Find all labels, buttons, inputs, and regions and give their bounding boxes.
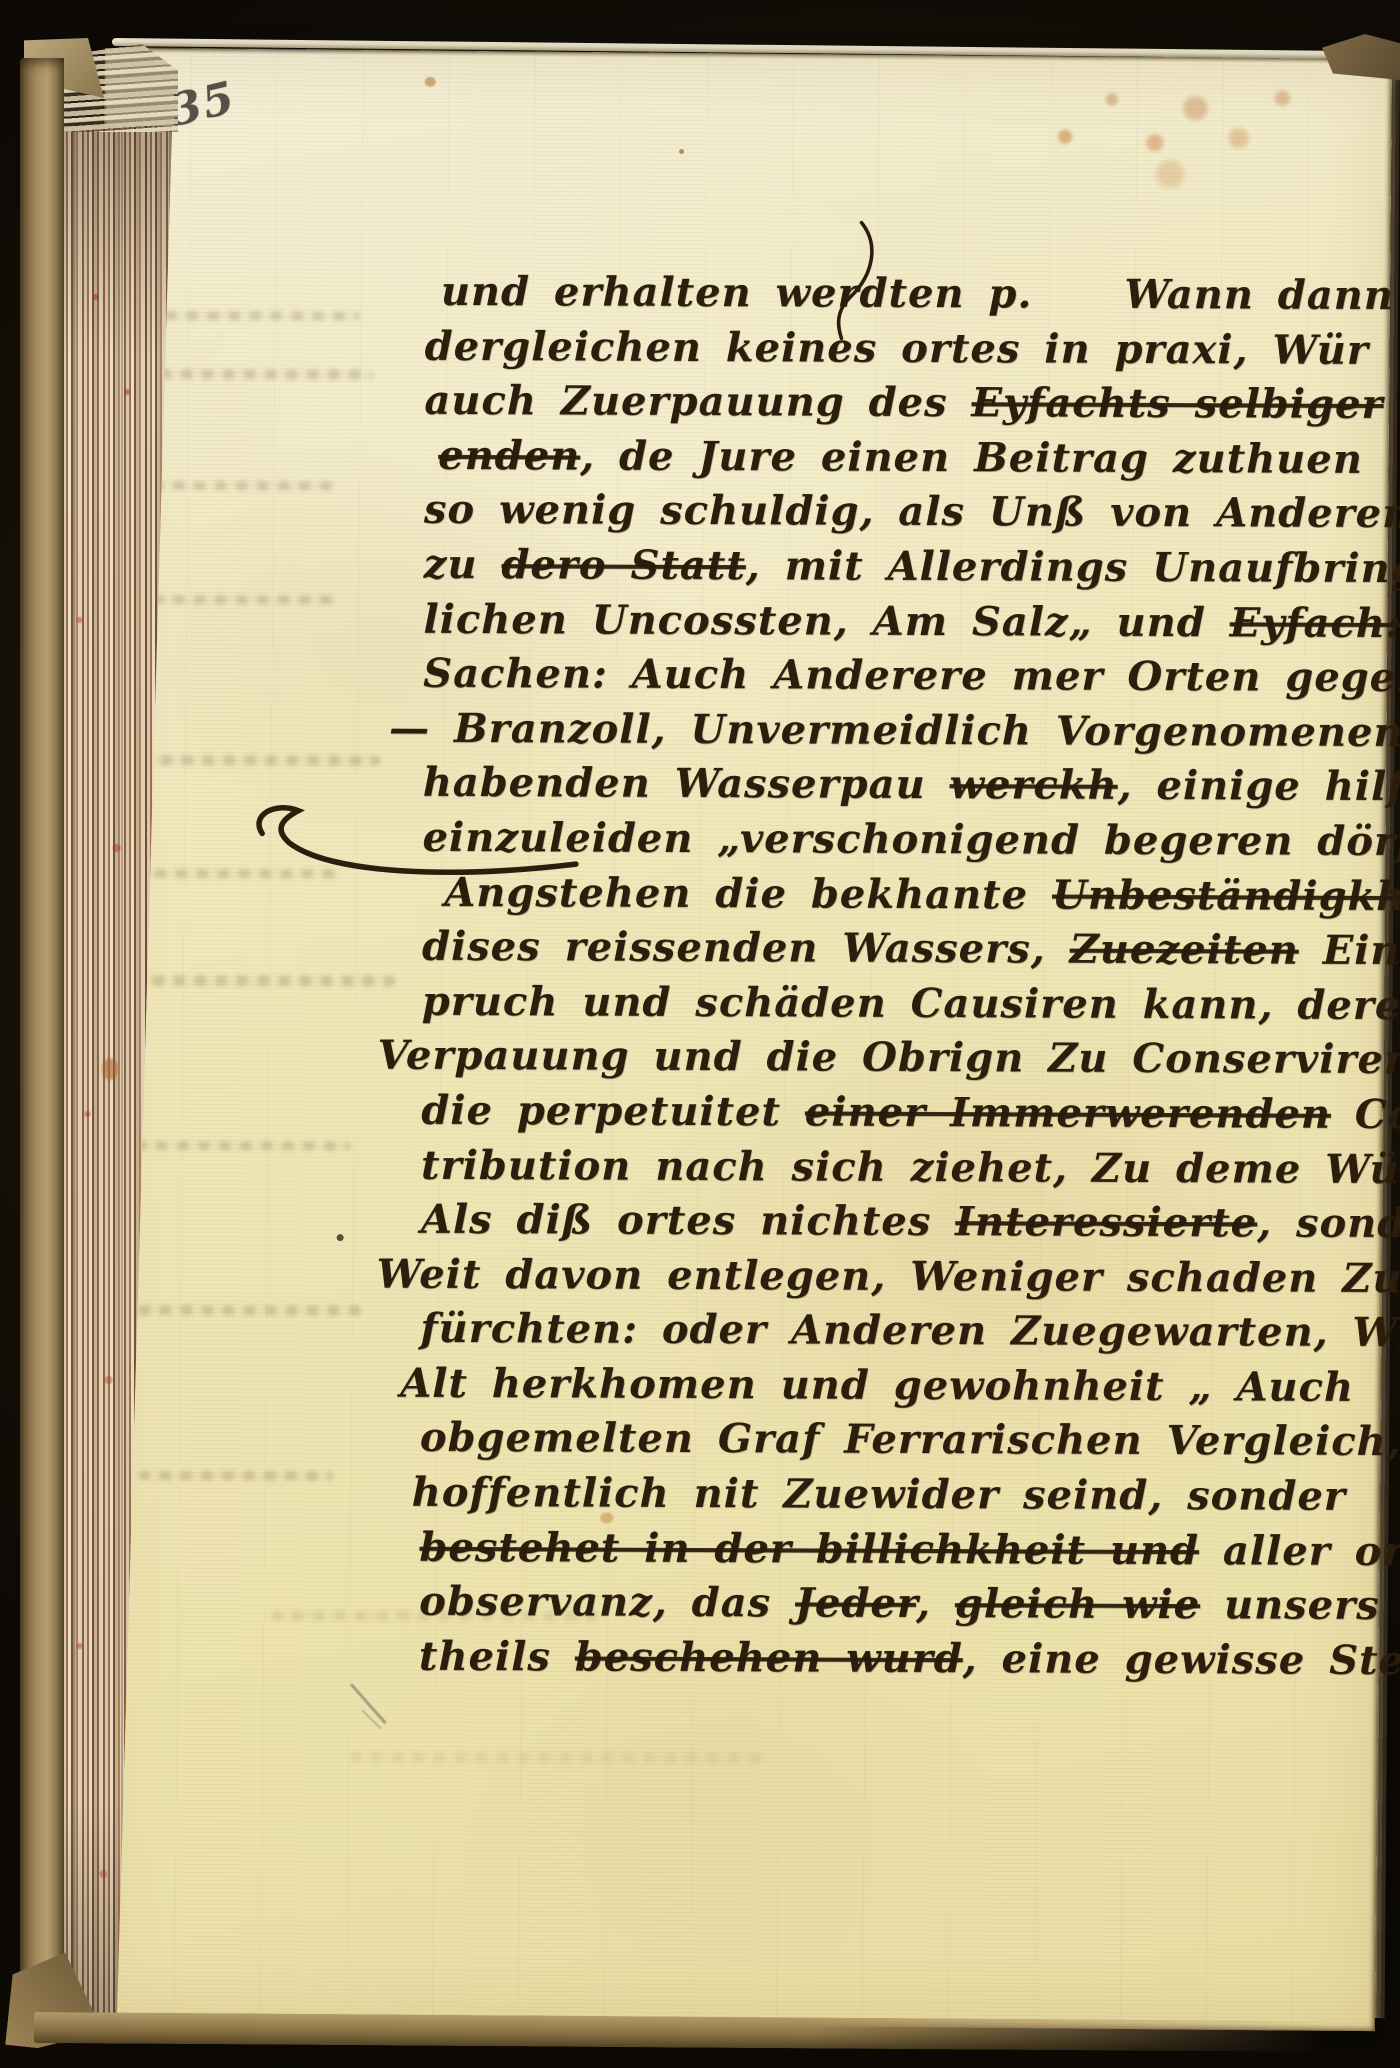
- manuscript-line: tribution nach sich ziehet, Zu deme Wür: [421, 1138, 1321, 1197]
- text-segment: theils: [419, 1633, 575, 1681]
- manuscript-line: so wenig schuldig, als Unß von Anderen: [424, 483, 1324, 542]
- text-segment: Ein„: [1299, 927, 1400, 975]
- rust-stain-dot: [425, 77, 436, 87]
- manuscript-line: — Branzoll, Unvermeidlich Vorgenomenen: [389, 701, 1323, 760]
- text-segment: enden: [438, 432, 580, 480]
- verso-showthrough: [145, 311, 360, 320]
- text-segment: auch Zuerpauung des: [424, 377, 971, 426]
- manuscript-line: zu dero Statt, mit Allerdings Unaufbring…: [424, 538, 1324, 597]
- manuscript-line: theils beschehen wurd, eine gewisse Steü…: [419, 1630, 1319, 1689]
- manuscript-line: habenden Wasserpau werckh, einige hilff: [423, 756, 1323, 815]
- manuscript-line: enden, de Jure einen Beitrag zuthuen: [438, 429, 1324, 487]
- manuscript-line: fürchten: oder Anderen Zuegewarten, Wide…: [420, 1302, 1320, 1361]
- manuscript-line: Verpauung und die Obrign Zu Conserviren,: [377, 1029, 1321, 1088]
- text-segment: Con„: [1331, 1091, 1400, 1139]
- text-segment: einzuleiden „verschonigend begeren dörff…: [422, 814, 1400, 866]
- manuscript-line: dergleichen keines ortes in praxi, Wür: [425, 319, 1325, 378]
- text-segment: lichen Uncossten, Am Salz„ und: [423, 595, 1229, 646]
- text-segment: bestehet in der billichkheit und: [419, 1523, 1199, 1573]
- vellum-cover-spine-edge: [20, 58, 64, 2020]
- verso-showthrough: [111, 975, 396, 986]
- text-segment: Sachen: Auch Anderere mer Orten gegen: [423, 650, 1400, 701]
- text-segment: , einige hilff: [1118, 762, 1400, 810]
- manuscript-line: observanz, das Jeder, gleich wie unsers: [419, 1575, 1319, 1634]
- text-segment: , de Jure einen Beitrag zuthuen: [580, 432, 1363, 482]
- text-segment: werckh: [949, 761, 1117, 809]
- text-segment: habenden Wasserpau: [423, 759, 950, 808]
- manuscript-line: Sachen: Auch Anderere mer Orten gegen: [423, 647, 1323, 706]
- text-segment: Interessierte: [955, 1198, 1257, 1246]
- manuscript-line: einzuleiden „verschonigend begeren dörff…: [422, 811, 1322, 870]
- text-segment: zu: [424, 541, 502, 588]
- text-segment: Alt herkhomen und gewohnheit „ Auch: [400, 1360, 1354, 1411]
- text-segment: Zuezeiten: [1070, 926, 1299, 974]
- text-segment: fürchten: oder Anderen Zuegewarten, Wide…: [420, 1305, 1400, 1357]
- text-segment: unsers: [1200, 1581, 1380, 1629]
- text-segment: dero Statt: [501, 541, 746, 589]
- rust-stain-cluster: [1009, 58, 1320, 196]
- text-segment: Eyfachts selbiger: [971, 379, 1383, 428]
- text-segment: pruch und schäden Causiren kann, deren: [422, 977, 1400, 1028]
- text-segment: Eyfach:: [1230, 599, 1400, 647]
- text-segment: ,: [916, 1580, 955, 1627]
- ink-speck: [337, 1234, 344, 1241]
- verso-showthrough: [139, 1471, 334, 1480]
- text-segment: obgemelten Graf Ferrarischen Vergleich,: [420, 1414, 1400, 1465]
- manuscript-page: 35 und erhalten werdten p.Wann danndergl…: [88, 48, 1392, 2031]
- rust-stain-dot: [102, 1058, 118, 1080]
- verso-showthrough: [152, 595, 337, 604]
- text-segment: Unbeständigkheit: [1052, 871, 1400, 920]
- manuscript-line: die perpetuitet einer Immerwerenden Con„: [421, 1084, 1321, 1143]
- text-segment: — Branzoll, Unvermeidlich Vorgenomenen: [389, 704, 1400, 755]
- text-segment: dises reissenden Wassers,: [422, 923, 1070, 973]
- manuscript-line: auch Zuerpauung des Eyfachts selbiger: [424, 374, 1324, 433]
- text-segment: die perpetuitet: [421, 1087, 805, 1136]
- manuscript-text: und erhalten werdten p.Wann danndergleic…: [419, 265, 1325, 1688]
- verso-showthrough: [135, 1141, 350, 1150]
- text-segment: Verpauung und die Obrign Zu Conserviren,: [377, 1032, 1400, 1084]
- text-segment: hoffentlich nit Zuewider seind, sonder: [412, 1469, 1346, 1520]
- manuscript-line: Angstehen die bekhante Unbeständigkheit: [444, 865, 1322, 923]
- verso-showthrough: [131, 481, 336, 490]
- manuscript-line: Als diß ortes nichtes Interessierte, son…: [421, 1193, 1321, 1252]
- manuscript-line: bestehet in der billichkheit und aller o…: [419, 1520, 1319, 1579]
- text-segment: Weit davon entlegen, Weniger schaden Zub…: [377, 1250, 1400, 1302]
- text-segment: Jeder: [795, 1580, 916, 1628]
- text-segment: beschehen wurd: [575, 1633, 963, 1682]
- text-segment: dergleichen keines ortes in praxi, Wür: [425, 322, 1369, 373]
- verso-showthrough: [119, 755, 381, 765]
- manuscript-line: dises reissenden Wassers, Zuezeiten Ein„: [422, 920, 1322, 979]
- text-segment: so wenig schuldig, als Unß von Anderen: [424, 486, 1400, 537]
- verso-showthrough: [118, 1305, 363, 1315]
- vellum-cover-corner: [1322, 34, 1400, 80]
- manuscript-line: Alt herkhomen und gewohnheit „ Auch: [400, 1357, 1320, 1416]
- text-segment: tribution nach sich ziehet, Zu deme Wür: [421, 1141, 1400, 1192]
- photograph-background: 35 und erhalten werdten p.Wann danndergl…: [0, 0, 1400, 2068]
- manuscript-line: lichen Uncossten, Am Salz„ und Eyfach:: [423, 592, 1323, 651]
- text-segment: Wann dann: [1124, 271, 1394, 319]
- text-segment: gleich wie: [955, 1580, 1200, 1628]
- text-segment: Angstehen die bekhante: [444, 868, 1052, 918]
- text-segment: und erhalten werdten p.: [441, 268, 1033, 318]
- text-segment: einer Immerwerenden: [805, 1088, 1331, 1137]
- text-segment: Als diß ortes nichtes: [421, 1196, 956, 1245]
- text-segment: observanz, das: [419, 1578, 795, 1627]
- verso-showthrough: [350, 1752, 770, 1764]
- ink-speck: [679, 149, 684, 154]
- text-segment: , mit Allerdings Unaufbring„: [746, 542, 1400, 592]
- manuscript-line: Weit davon entlegen, Weniger schaden Zub…: [377, 1247, 1321, 1306]
- manuscript-line: pruch und schäden Causiren kann, deren: [422, 974, 1322, 1033]
- text-segment: , sonder: [1257, 1200, 1400, 1248]
- manuscript-line: und erhalten werdten p.Wann dann: [441, 265, 1325, 323]
- manuscript-line: hoffentlich nit Zuewider seind, sonder: [412, 1466, 1320, 1525]
- text-segment: , eine gewisse Steür: [963, 1635, 1400, 1684]
- manuscript-line: obgemelten Graf Ferrarischen Vergleich,: [420, 1411, 1320, 1470]
- text-segment: aller orthen: [1199, 1527, 1400, 1575]
